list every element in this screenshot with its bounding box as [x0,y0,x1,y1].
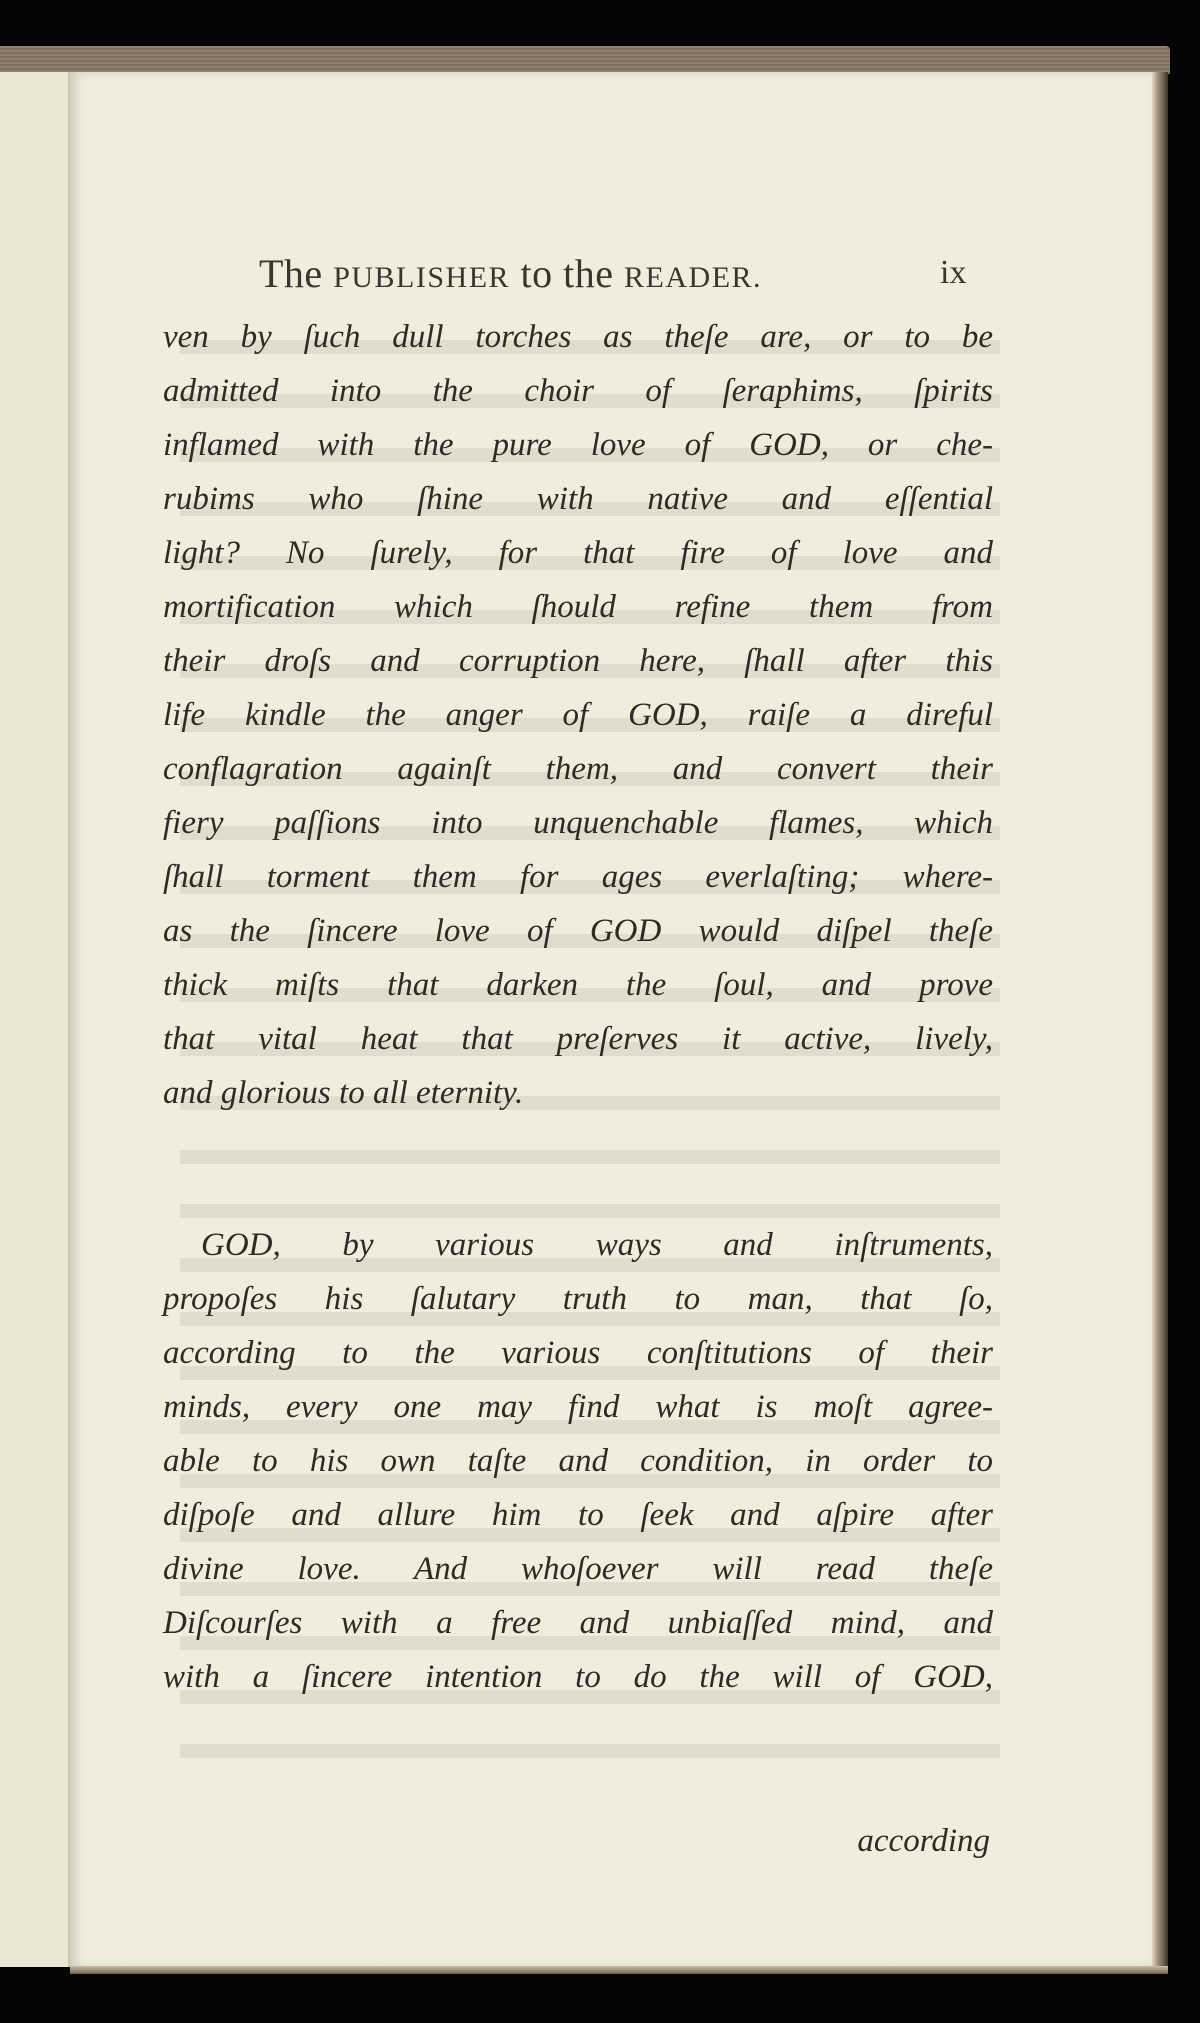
text-line: divine love. And whoſoever will read the… [163,1542,993,1596]
text-line: rubims who ſhine with native and eſſenti… [163,472,993,526]
text-line: admitted into the choir of ſeraphims, ſp… [163,364,993,418]
book-cloth-top [0,46,1170,74]
running-head-reader: Reader. [624,261,762,294]
page-number: ix [940,254,966,292]
text-line: light? No ſurely, for that fire of love … [163,526,993,580]
running-head: The Publisher to the Reader. [259,250,1019,297]
running-head-middle: to the [510,251,624,296]
text-line: GOD, by various ways and inſtruments, [163,1218,993,1272]
text-line: diſpoſe and allure him to ſeek and aſpir… [163,1488,993,1542]
text-line: according to the various conſtitutions o… [163,1326,993,1380]
text-line: that vital heat that preſerves it active… [163,1012,993,1066]
text-line: fiery paſſions into unquenchable flames,… [163,796,993,850]
paragraph-1: ven by ſuch dull torches as theſe are, o… [163,310,993,1120]
running-head-publisher: Publisher [333,261,510,294]
text-line: conflagration againſt them, and convert … [163,742,993,796]
text-line: as the ſincere love of GOD would diſpel … [163,904,993,958]
text-line: inflamed with the pure love of GOD, or c… [163,418,993,472]
text-line: thick miſts that darken the ſoul, and pr… [163,958,993,1012]
text-line: their droſs and corruption here, ſhall a… [163,634,993,688]
text-line: mortification which ſhould refine them f… [163,580,993,634]
facing-page-edge [0,72,70,1967]
book-cloth-right [1152,72,1168,1968]
running-head-prefix: The [259,251,333,296]
text-line: and glorious to all eternity. [163,1066,993,1120]
page-bottom-edge [70,1966,1168,1974]
paragraph-2: GOD, by various ways and inſtruments, pr… [163,1218,993,1704]
catchword: according [800,1823,990,1860]
text-line: able to his own taſte and condition, in … [163,1434,993,1488]
text-line: minds, every one may find what is moſt a… [163,1380,993,1434]
text-line: propoſes his ſalutary truth to man, that… [163,1272,993,1326]
text-line: with a ſincere intention to do the will … [163,1650,993,1704]
text-line: life kindle the anger of GOD, raiſe a di… [163,688,993,742]
text-line: ven by ſuch dull torches as theſe are, o… [163,310,993,364]
text-line: Diſcourſes with a free and unbiaſſed min… [163,1596,993,1650]
text-line: ſhall torment them for ages everlaſting;… [163,850,993,904]
